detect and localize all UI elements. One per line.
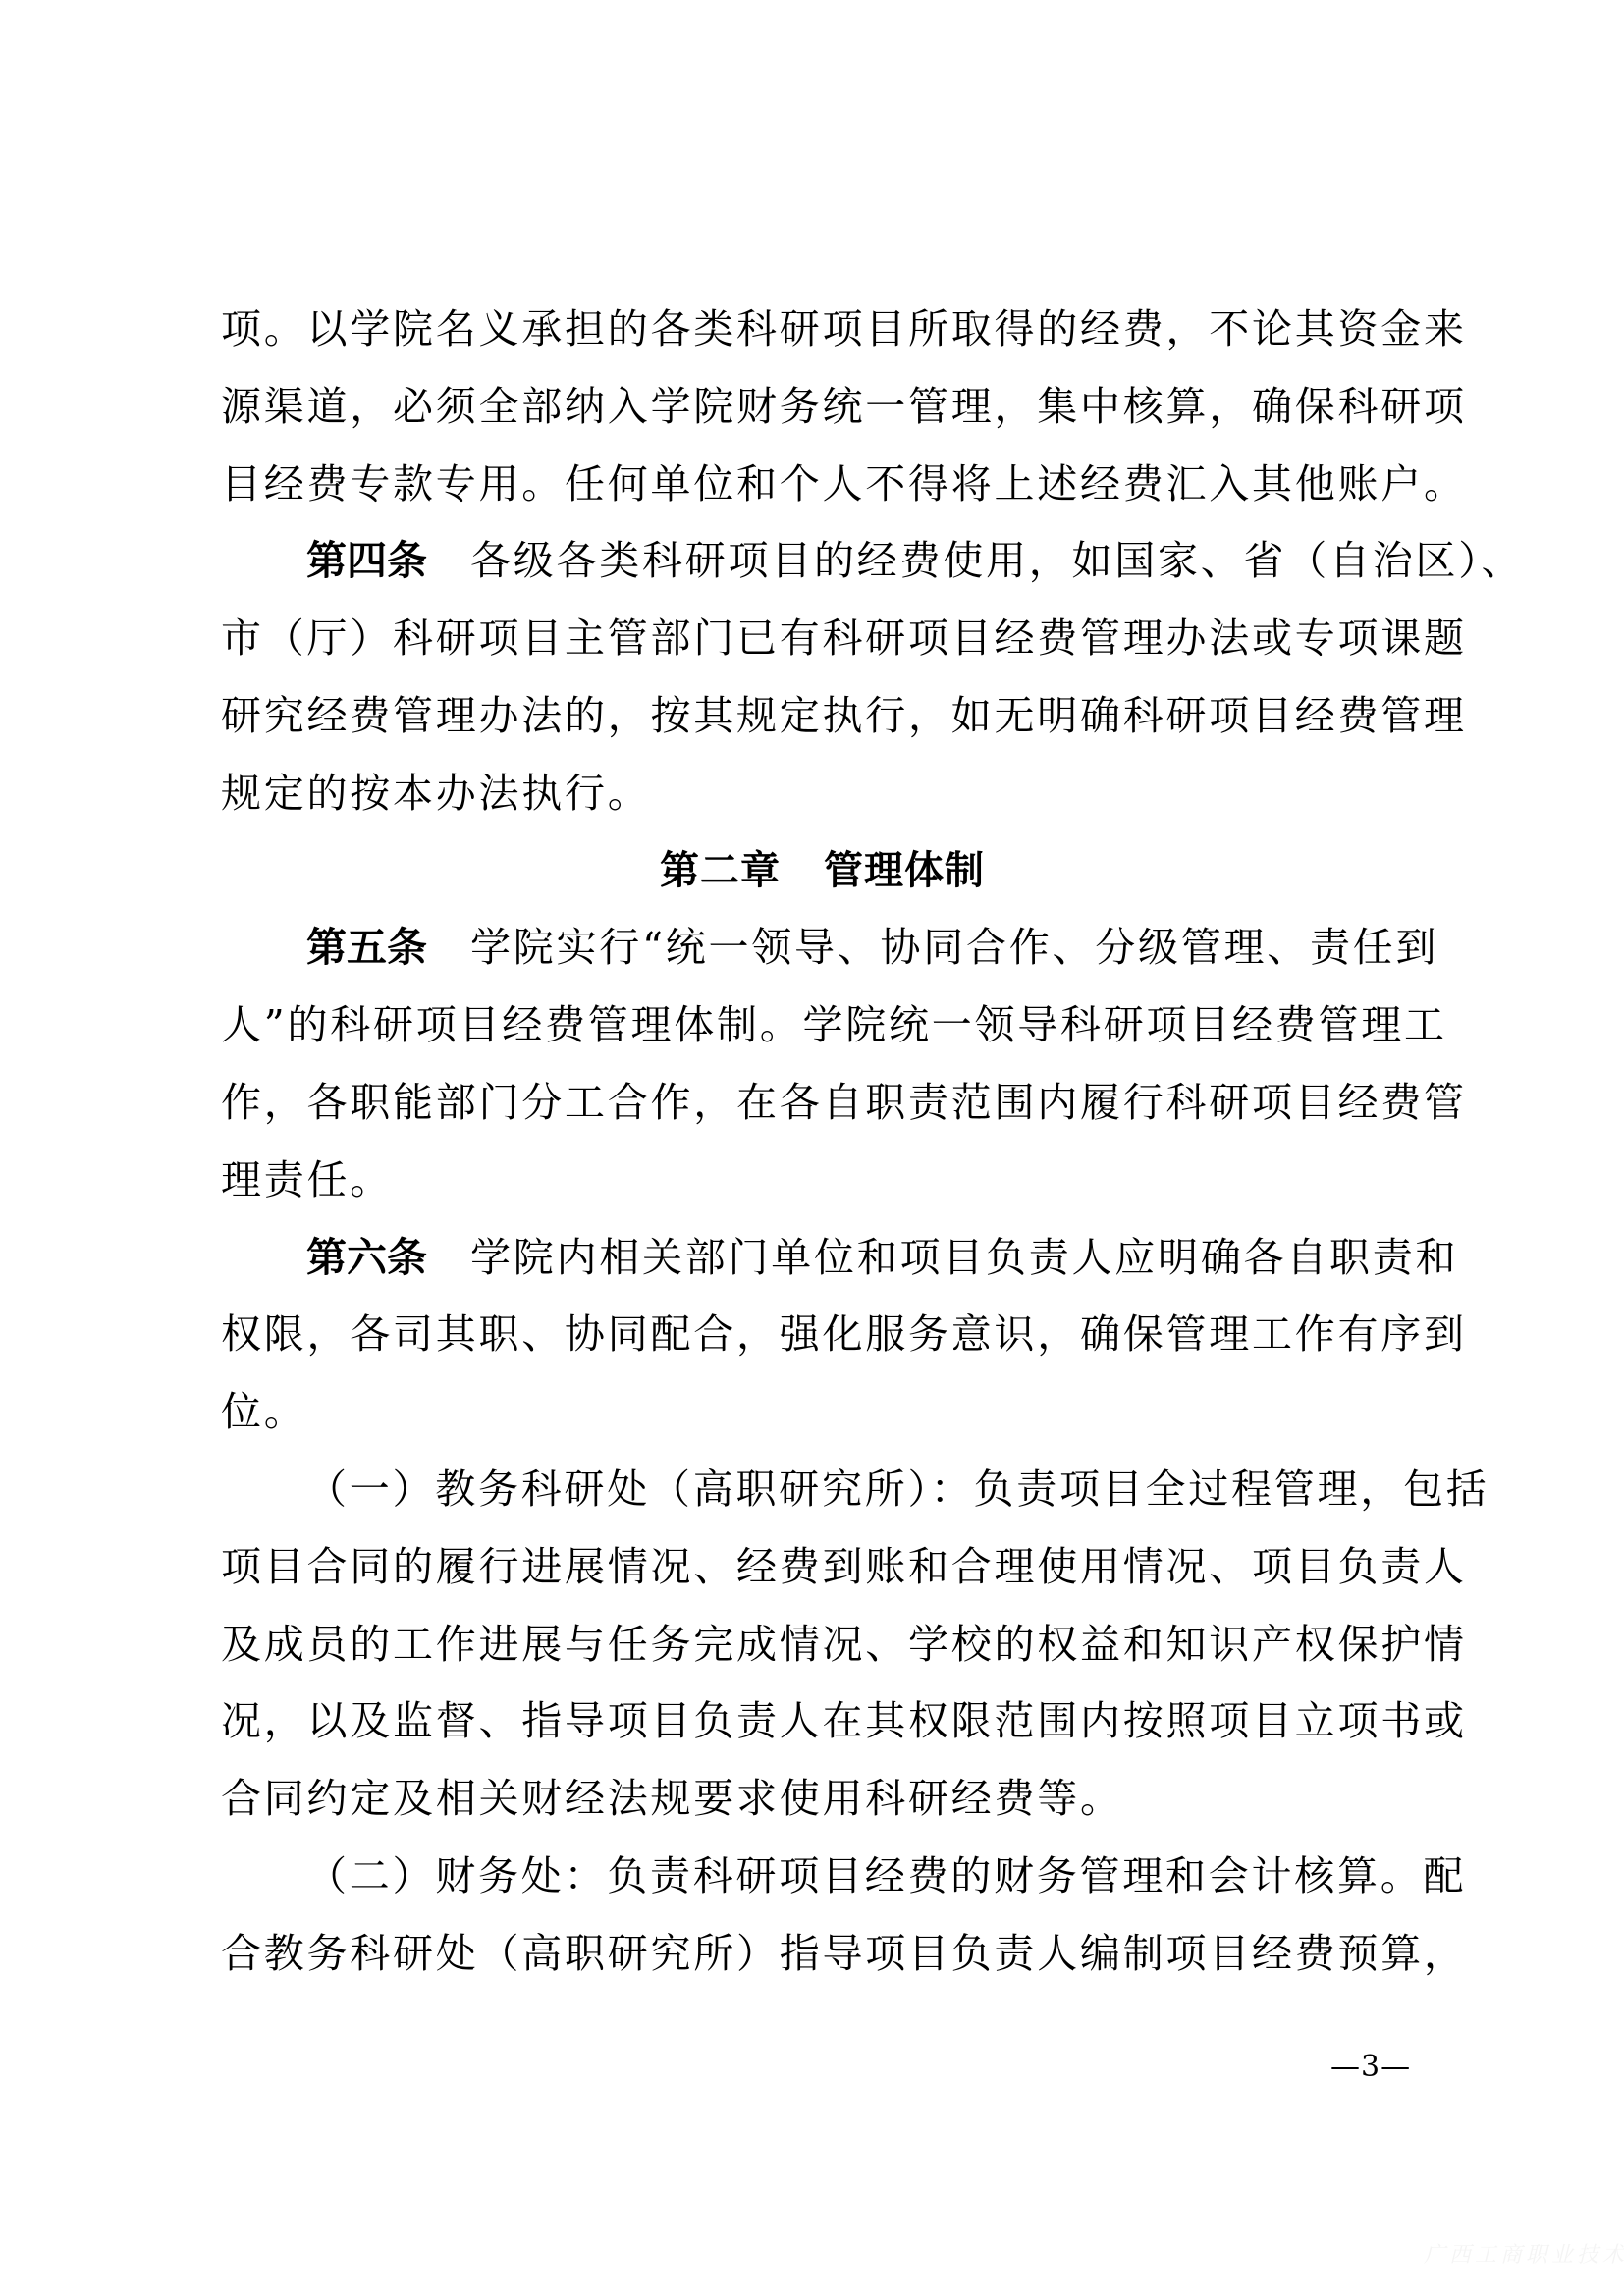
paragraph-line: 位。 [221,1373,1424,1451]
paragraph-line: 合同约定及相关财经法规要求使用科研经费等。 [221,1760,1424,1838]
item-2-line: （二）财务处：负责科研项目经费的财务管理和会计核算。配 [221,1838,1424,1915]
paragraph-line: 权限，各司其职、协同配合，强化服务意识，确保管理工作有序到 [221,1296,1424,1373]
paragraph-line: 作，各职能部门分工合作，在各自职责范围内履行科研项目经费管 [221,1064,1424,1142]
article-6-text: 学院内相关部门单位和项目负责人应明确各自职责和 [470,1234,1458,1281]
paragraph-line: 合教务科研处（高职研究所）指导项目负责人编制项目经费预算， [221,1915,1424,1993]
chapter-heading: 第二章管理体制 [221,832,1424,910]
chapter-number: 第二章 [660,848,781,893]
article-5-line: 第五条学院实行“统一领导、协同合作、分级管理、责任到 [221,909,1424,987]
paragraph-line: 理责任。 [221,1142,1424,1219]
item-1-line: （一）教务科研处（高职研究所）：负责项目全过程管理，包括 [221,1451,1424,1528]
paragraph-line: 规定的按本办法执行。 [221,755,1424,832]
paragraph-line: 况，以及监督、指导项目负责人在其权限范围内按照项目立项书或 [221,1682,1424,1760]
paragraph-line: 研究经费管理办法的，按其规定执行，如无明确科研项目经费管理 [221,677,1424,755]
paragraph-line: 源渠道，必须全部纳入学院财务统一管理，集中核算，确保科研项 [221,368,1424,446]
article-6-line: 第六条学院内相关部门单位和项目负责人应明确各自职责和 [221,1219,1424,1297]
article-6-label: 第六条 [306,1234,427,1281]
paragraph-line: 市（厅）科研项目主管部门已有科研项目经费管理办法或专项课题 [221,600,1424,677]
article-5-text: 学院实行“统一领导、协同合作、分级管理、责任到 [470,924,1438,971]
chapter-title: 管理体制 [824,848,985,893]
paragraph-line: 项。以学院名义承担的各类科研项目所取得的经费，不论其资金来 [221,291,1424,368]
paragraph-line: 目经费专款专用。任何单位和个人不得将上述经费汇入其他账户。 [221,446,1424,523]
article-4-line: 第四条各级各类科研项目的经费使用，如国家、省（自治区）、 [221,522,1424,600]
article-4-text: 各级各类科研项目的经费使用，如国家、省（自治区）、 [470,537,1524,584]
document-page: 项。以学院名义承担的各类科研项目所取得的经费，不论其资金来 源渠道，必须全部纳入… [0,0,1624,2296]
document-body: 项。以学院名义承担的各类科研项目所取得的经费，不论其资金来 源渠道，必须全部纳入… [221,291,1424,1993]
watermark-logo: 广西工商职业技术学院 [1424,2238,1624,2269]
article-5-label: 第五条 [306,924,427,971]
paragraph-line: 人”的科研项目经费管理体制。学院统一领导科研项目经费管理工 [221,987,1424,1064]
paragraph-line: 及成员的工作进展与任务完成情况、学校的权益和知识产权保护情 [221,1606,1424,1683]
page-number: —3— [1330,2048,1411,2087]
paragraph-line: 项目合同的履行进展情况、经费到账和合理使用情况、项目负责人 [221,1528,1424,1606]
article-4-label: 第四条 [306,537,427,584]
